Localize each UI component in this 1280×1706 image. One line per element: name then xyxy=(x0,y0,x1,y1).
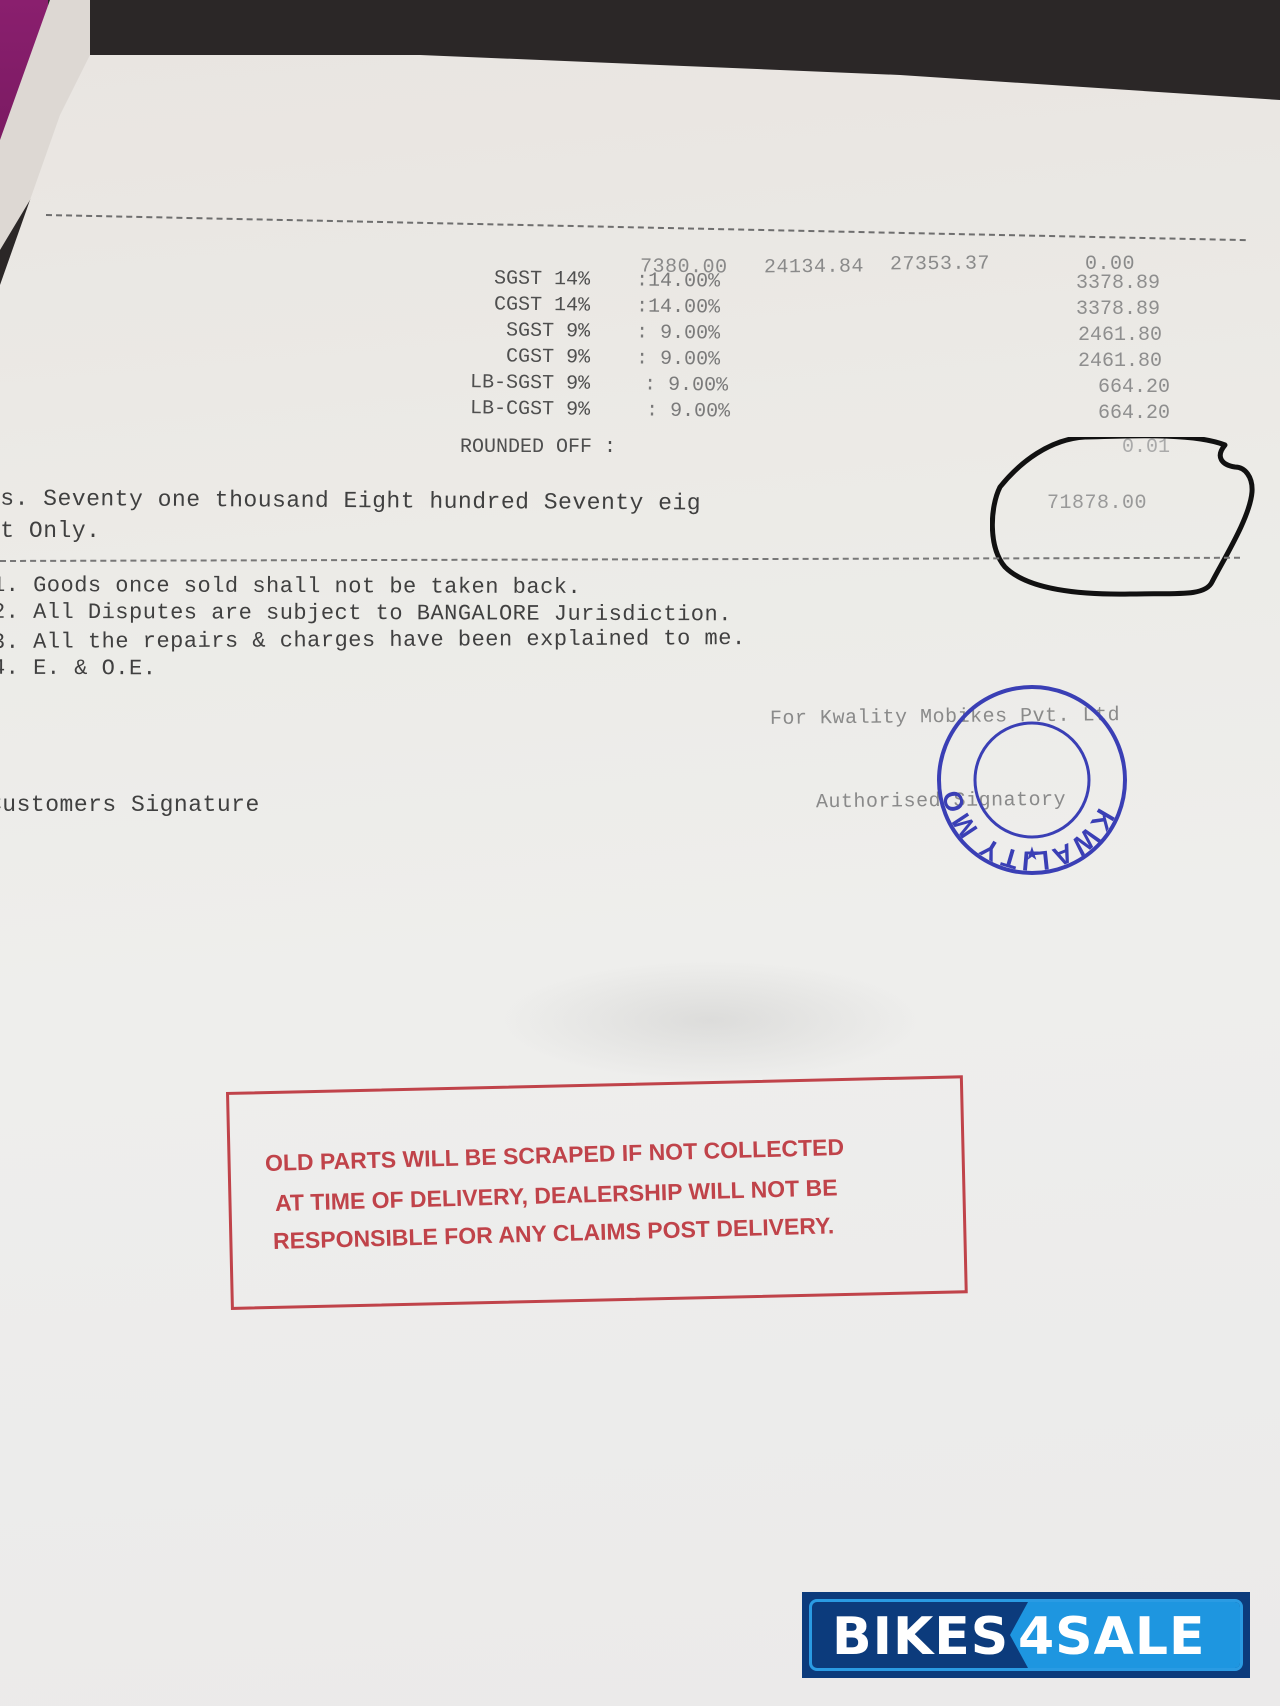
tax-label: LB-SGST 9% xyxy=(470,371,590,396)
logo-text-bikes: BIKES xyxy=(832,1604,1009,1670)
rounded-off-label: ROUNDED OFF : xyxy=(460,436,616,459)
summary-value-3: 27353.37 xyxy=(890,253,990,277)
tax-label: CGST 9% xyxy=(506,345,590,369)
tax-label: LB-CGST 9% xyxy=(470,397,590,422)
term-item: 3. All the repairs & charges have been e… xyxy=(0,626,746,655)
company-seal-stamp: KWALITY MOBIKES PVT.LTD. ★ xyxy=(932,680,1132,880)
tax-amount: 664.20 xyxy=(1030,402,1170,425)
tax-amount: 2461.80 xyxy=(1022,324,1162,347)
tax-rate: : 9.00% xyxy=(646,399,730,423)
term-item: 2. All Disputes are subject to BANGALORE… xyxy=(0,600,732,628)
total-amount: 71878.00 xyxy=(1047,492,1147,515)
tax-label: SGST 14% xyxy=(494,267,590,291)
tax-amount: 2461.80 xyxy=(1022,350,1162,373)
logo-text-4sale: 4SALE xyxy=(1018,1604,1206,1670)
tax-rate: :14.00% xyxy=(636,295,720,319)
term-item: 4. E. & O.E. xyxy=(0,656,156,682)
tax-amount: 3378.89 xyxy=(1020,298,1160,321)
tax-label: SGST 9% xyxy=(506,319,590,343)
tax-rate: :14.00% xyxy=(636,269,720,293)
tax-amount: 3378.89 xyxy=(1020,272,1160,295)
tax-rate: : 9.00% xyxy=(636,321,720,345)
term-item: 1. Goods once sold shall not be taken ba… xyxy=(0,573,581,600)
tax-rate: : 9.00% xyxy=(644,373,728,397)
amount-in-words-line2: ht Only. xyxy=(0,518,100,544)
customer-signature-label: Customers Signature xyxy=(0,792,260,818)
tax-rate: : 9.00% xyxy=(636,347,720,371)
tax-amount: 664.20 xyxy=(1030,376,1170,399)
bikes4sale-watermark-logo: BIKES 4SALE xyxy=(802,1592,1250,1678)
rounded-off-amount: 0.01 xyxy=(1030,436,1170,459)
amount-in-words-line1: Rs. Seventy one thousand Eight hundred S… xyxy=(0,486,701,517)
tax-label: CGST 14% xyxy=(494,293,590,317)
svg-text:★: ★ xyxy=(1024,838,1040,868)
summary-value-2: 24134.84 xyxy=(764,256,864,280)
